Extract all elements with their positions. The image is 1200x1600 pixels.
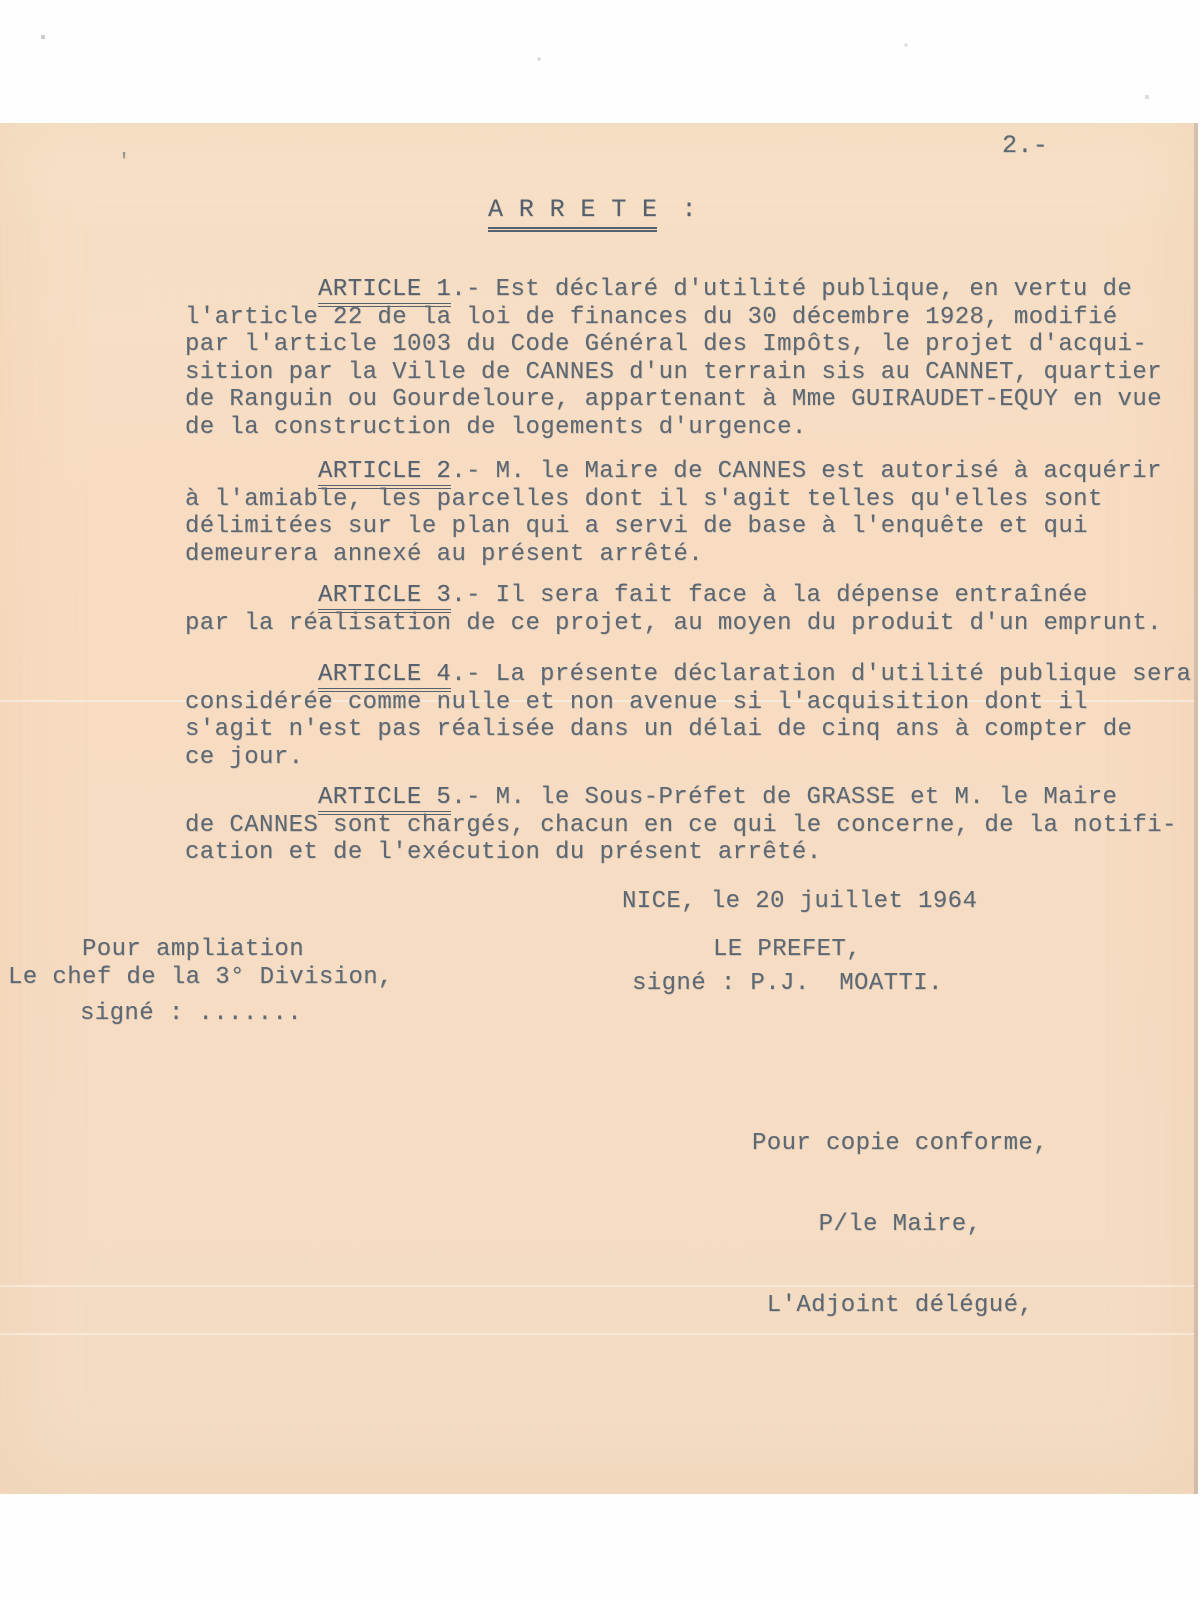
ampliation-line-1: Pour ampliation <box>82 936 304 963</box>
copy-conforme-line-2: P/le Maire, <box>740 1211 1060 1238</box>
article-1-label: ARTICLE 1 <box>318 276 451 307</box>
article-paragraph-1: ARTICLE 1.- Est déclaré d'utilité publiq… <box>185 276 1197 441</box>
ampliation-line-2: Le chef de la 3° Division, <box>8 964 393 991</box>
article-paragraph-5: ARTICLE 5.- M. le Sous-Préfet de GRASSE … <box>185 784 1197 867</box>
article-4-label: ARTICLE 4 <box>318 661 451 692</box>
prefect-title: LE PREFET, <box>713 936 861 963</box>
article-paragraph-4: ARTICLE 4.- La présente déclaration d'ut… <box>185 661 1197 771</box>
article-paragraph-2: ARTICLE 2.- M. le Maire de CANNES est au… <box>185 458 1197 568</box>
ampliation-signed: signé : ....... <box>80 1000 302 1027</box>
scanned-page: 2.- ' A R R E T E: ARTICLE 1.- Est décla… <box>0 0 1200 1600</box>
page-number: 2.- <box>1002 131 1048 160</box>
scan-dust-specks <box>0 0 2 2</box>
copy-conforme-line-3: L'Adjoint délégué, <box>740 1292 1060 1319</box>
document-title-colon: : <box>681 195 696 224</box>
document-title: A R R E T E: <box>488 195 697 224</box>
article-3-label: ARTICLE 3 <box>318 582 451 613</box>
article-paragraph-3: ARTICLE 3.- Il sera fait face à la dépen… <box>185 582 1197 637</box>
prefect-signed: signé : P.J. MOATTI. <box>632 970 943 997</box>
article-5-label: ARTICLE 5 <box>318 784 451 815</box>
article-2-label: ARTICLE 2 <box>318 458 451 489</box>
paper-sheet: 2.- ' A R R E T E: ARTICLE 1.- Est décla… <box>0 123 1198 1494</box>
document-title-text: A R R E T E <box>488 195 657 232</box>
dateline: NICE, le 20 juillet 1964 <box>622 888 977 915</box>
copy-conforme-block: Pour copie conforme, P/le Maire, L'Adjoi… <box>740 1076 1060 1373</box>
copy-conforme-line-1: Pour copie conforme, <box>740 1130 1060 1157</box>
corner-ink-mark: ' <box>118 151 130 174</box>
